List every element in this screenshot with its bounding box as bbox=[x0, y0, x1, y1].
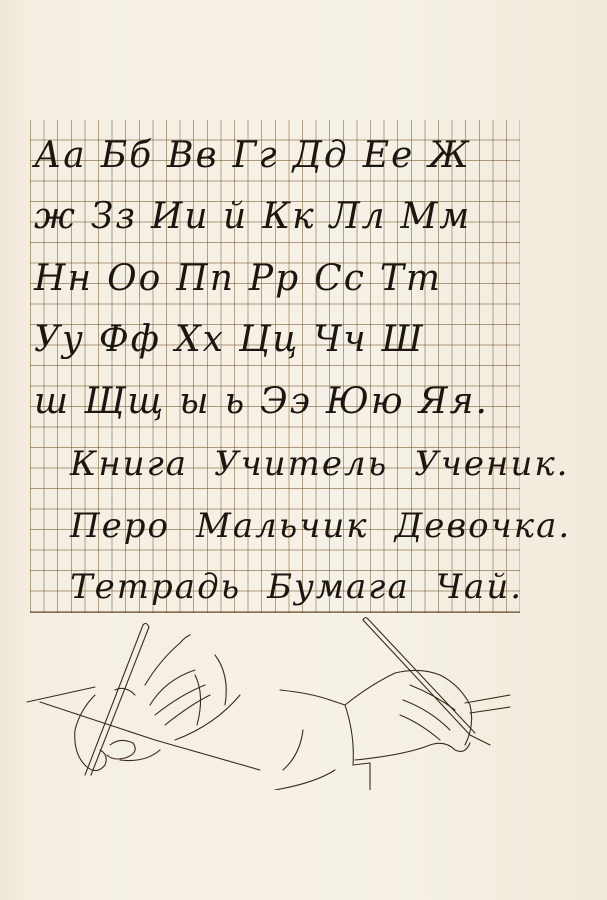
hands-drawing-icon bbox=[25, 615, 525, 790]
letter-pair: Гг bbox=[233, 138, 279, 182]
word: Ученик. bbox=[414, 447, 569, 489]
letter-pair: Цц bbox=[239, 322, 300, 366]
letter-pair: Вв bbox=[167, 138, 218, 182]
letter-pair: Лл bbox=[330, 199, 387, 243]
letter-pair: Тт bbox=[380, 261, 442, 305]
letter-pair: Аа bbox=[34, 138, 87, 182]
alphabet-row-5: ш Щщ ы ь Ээ Юю Яя. bbox=[30, 366, 520, 428]
word: Книга bbox=[70, 447, 188, 489]
word: Бумага bbox=[267, 570, 410, 612]
letter-pair: ж bbox=[34, 199, 77, 243]
letter-pair: ы bbox=[179, 384, 210, 428]
letter-pair: Бб bbox=[101, 138, 153, 182]
word: Перо bbox=[70, 509, 170, 551]
word-row-1: Книга Учитель Ученик. bbox=[30, 428, 520, 490]
letter-pair: Щщ bbox=[84, 384, 165, 428]
word-row-3: Тетрадь Бумага Чай. bbox=[30, 551, 520, 613]
copybook-rows: Аа Бб Вв Гг Дд Ее Ж ж Зз Ии й Кк Лл Мм Н… bbox=[30, 120, 520, 612]
letter-pair: Яя. bbox=[419, 384, 489, 428]
letter-pair: Ж bbox=[428, 138, 470, 182]
alphabet-row-1: Аа Бб Вв Гг Дд Ее Ж bbox=[30, 120, 520, 182]
letter-pair: Ээ bbox=[260, 384, 312, 428]
letter-pair: Зз bbox=[91, 199, 137, 243]
letter-pair: ш bbox=[34, 384, 70, 428]
alphabet-row-2: ж Зз Ии й Кк Лл Мм bbox=[30, 182, 520, 244]
word-row-2: Перо Мальчик Девочка. bbox=[30, 489, 520, 551]
letter-pair: Уу bbox=[34, 322, 85, 366]
alphabet-row-4: Уу Фф Хх Цц Чч Ш bbox=[30, 305, 520, 367]
letter-pair: Дд bbox=[293, 138, 349, 182]
letter-pair: Юю bbox=[326, 384, 405, 428]
word: Мальчик bbox=[196, 509, 369, 551]
word: Чай. bbox=[436, 570, 523, 612]
letter-pair: ь bbox=[225, 384, 247, 428]
letter-pair: Кк bbox=[262, 199, 315, 243]
word: Тетрадь bbox=[70, 570, 241, 612]
paper-page: Аа Бб Вв Гг Дд Ее Ж ж Зз Ии й Кк Лл Мм Н… bbox=[0, 0, 607, 900]
letter-pair: Ш bbox=[382, 322, 425, 366]
letter-pair: Ии й bbox=[151, 199, 248, 243]
word: Девочка. bbox=[395, 509, 572, 551]
letter-pair: Сс bbox=[314, 261, 366, 305]
letter-pair: Фф bbox=[99, 322, 161, 366]
letter-pair: Хх bbox=[175, 322, 225, 366]
alphabet-row-3: Нн Оо Пп Рр Сс Тт bbox=[30, 243, 520, 305]
letter-pair: Нн bbox=[34, 261, 93, 305]
writing-hands-illustration bbox=[25, 615, 525, 790]
letter-pair: Оо bbox=[107, 261, 162, 305]
letter-pair: Рр bbox=[249, 261, 300, 305]
letter-pair: Чч bbox=[313, 322, 367, 366]
letter-pair: Мм bbox=[401, 199, 472, 243]
letter-pair: Ее bbox=[363, 138, 415, 182]
word: Учитель bbox=[214, 447, 388, 489]
letter-pair: Пп bbox=[176, 261, 235, 305]
